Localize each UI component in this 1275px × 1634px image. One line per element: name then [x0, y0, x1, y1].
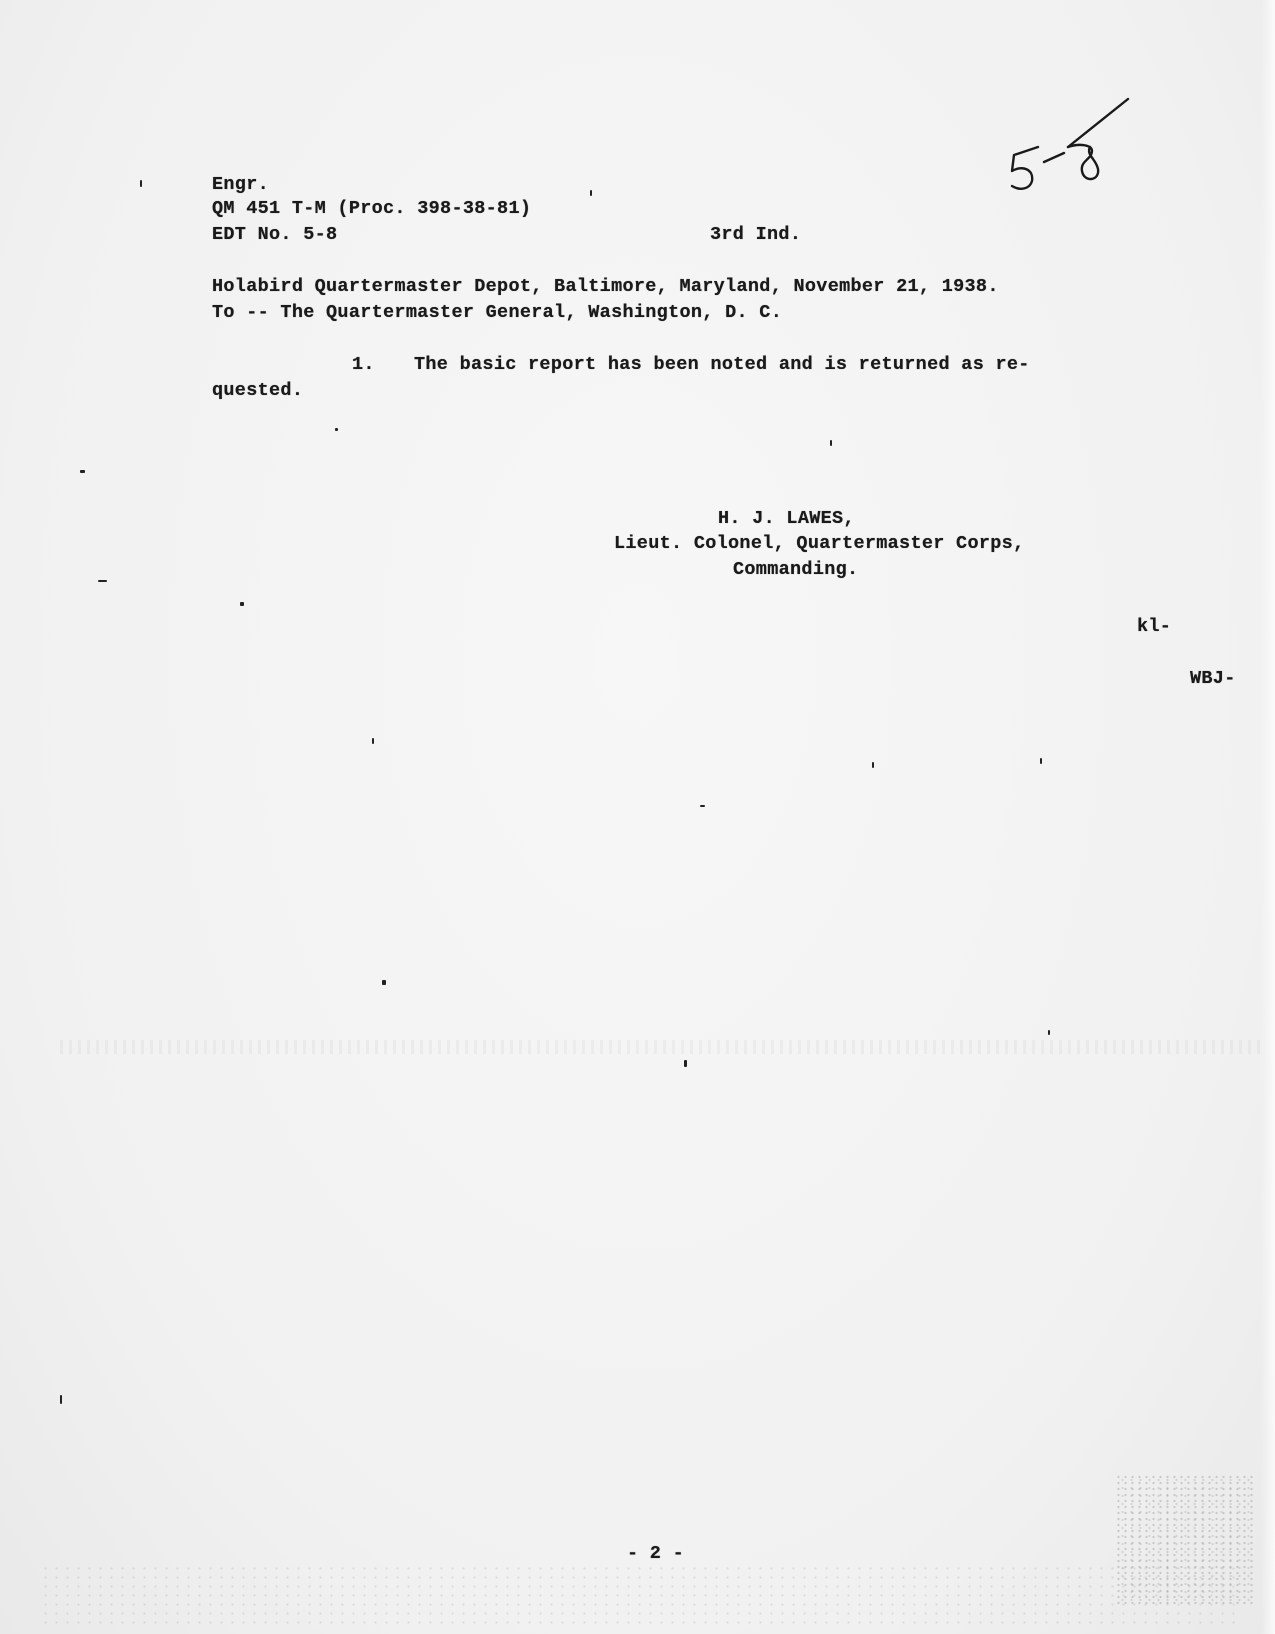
paragraph-text-line-1: The basic report has been noted and is r… — [414, 356, 1030, 375]
scan-speck — [98, 580, 107, 582]
scan-speck — [335, 428, 338, 431]
scan-speck — [684, 1060, 687, 1067]
handwritten-annotation — [1000, 85, 1140, 195]
edt-number: EDT No. 5-8 — [212, 226, 337, 245]
scan-speck — [872, 762, 874, 768]
signature-title: Lieut. Colonel, Quartermaster Corps, — [614, 535, 1024, 554]
typist-initials: kl- — [1137, 618, 1171, 637]
signature-name: H. J. LAWES, — [718, 510, 855, 529]
page-number: - 2 - — [627, 1545, 684, 1564]
handwritten-5-8-icon — [1000, 85, 1140, 195]
scan-speck — [590, 190, 592, 196]
document-page — [0, 0, 1275, 1634]
signature-role: Commanding. — [733, 561, 858, 580]
scan-speck — [240, 602, 244, 606]
scan-speck — [382, 980, 386, 985]
paragraph-text-line-2: quested. — [212, 382, 303, 401]
scan-speck — [140, 180, 142, 187]
file-reference: QM 451 T-M (Proc. 398-38-81) — [212, 200, 531, 219]
page-edge — [1261, 0, 1275, 1634]
scan-speck — [80, 470, 85, 473]
origin-line: Holabird Quartermaster Depot, Baltimore,… — [212, 278, 999, 297]
scan-speck — [60, 1395, 62, 1404]
reviewer-initials: WBJ- — [1190, 670, 1236, 689]
scan-speck — [830, 440, 832, 446]
scan-artifact-band — [60, 1040, 1260, 1054]
scan-speck — [700, 805, 705, 807]
scan-speck — [1048, 1030, 1050, 1035]
scan-speck — [1040, 758, 1042, 764]
scan-noise-bottom — [40, 1564, 1240, 1624]
scan-speck — [372, 738, 374, 744]
addressee-line: To -- The Quartermaster General, Washing… — [212, 304, 782, 323]
paragraph-number: 1. — [352, 356, 375, 375]
office-code: Engr. — [212, 176, 269, 195]
indorsement-label: 3rd Ind. — [710, 226, 801, 245]
